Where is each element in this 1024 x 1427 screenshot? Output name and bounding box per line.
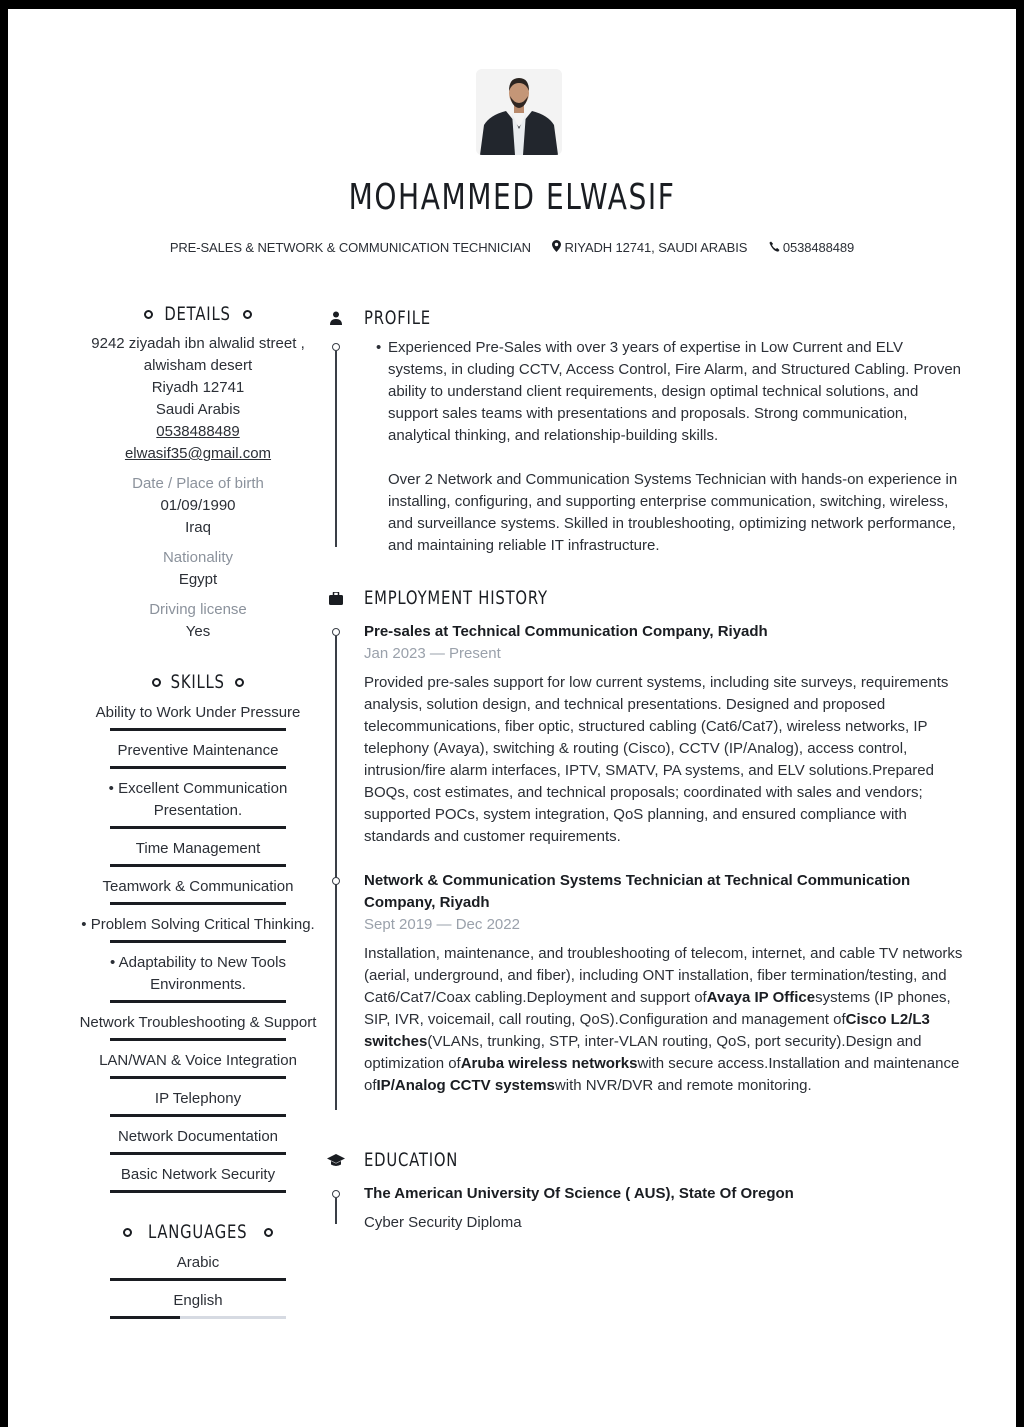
timeline-dot: [332, 1190, 340, 1198]
language-label: Arabic: [78, 1247, 318, 1274]
timeline-line: [335, 636, 337, 1110]
location-pin-icon: [552, 240, 561, 255]
skill-item: Teamwork & Communication: [110, 871, 286, 905]
address-line-3: Riyadh 12741: [78, 377, 318, 399]
timeline-dot: [332, 343, 340, 351]
skill-level-bar: [110, 826, 286, 829]
language-level-bar: [110, 1278, 286, 1281]
skill-level-bar: [110, 1076, 286, 1079]
language-level-bar: [110, 1316, 286, 1319]
nationality-value: Egypt: [78, 569, 318, 591]
skill-label: • Adaptability to New Tools Environments…: [78, 947, 318, 996]
profile-heading: PROFILE: [326, 303, 450, 333]
job-2-title: Network & Communication Systems Technici…: [364, 870, 964, 914]
nationality-label: Nationality: [78, 547, 318, 569]
phone-icon: [769, 240, 780, 255]
ring-icon: [123, 1228, 132, 1237]
skill-level-bar: [110, 1000, 286, 1003]
skills-heading: SKILLS: [78, 667, 318, 697]
skill-label: LAN/WAN & Voice Integration: [78, 1045, 318, 1072]
skill-level-bar: [110, 902, 286, 905]
birth-place: Iraq: [78, 517, 318, 539]
timeline-line: [335, 1198, 337, 1224]
briefcase-icon: [326, 588, 346, 608]
language-item: Arabic: [110, 1247, 286, 1281]
job-title: PRE-SALES & NETWORK & COMMUNICATION TECH…: [170, 240, 531, 255]
education-degree: Cyber Security Diploma: [364, 1212, 964, 1234]
job-1-title: Pre-sales at Technical Communication Com…: [364, 621, 964, 643]
address-line-4: Saudi Arabis: [78, 399, 318, 421]
phone-link[interactable]: 0538488489: [78, 421, 318, 443]
skill-item: • Problem Solving Critical Thinking.: [110, 909, 286, 943]
skill-item: • Adaptability to New Tools Environments…: [110, 947, 286, 1003]
education-school: The American University Of Science ( AUS…: [364, 1183, 964, 1205]
job-2-dates: Sept 2019 — Dec 2022: [364, 914, 520, 936]
header-phone: 0538488489: [783, 240, 854, 255]
profile-paragraph-2: Over 2 Network and Communication Systems…: [388, 469, 966, 557]
skill-item: Network Documentation: [110, 1121, 286, 1155]
skill-label: Ability to Work Under Pressure: [78, 697, 318, 724]
timeline-dot: [332, 628, 340, 636]
skill-level-bar: [110, 728, 286, 731]
skill-level-bar: [110, 766, 286, 769]
job-2-description: Installation, maintenance, and troublesh…: [364, 943, 964, 1097]
license-label: Driving license: [78, 599, 318, 621]
skill-item: Ability to Work Under Pressure: [110, 697, 286, 731]
ring-icon: [264, 1228, 273, 1237]
skill-item: Network Troubleshooting & Support: [110, 1007, 286, 1041]
address-line-2: alwisham desert: [78, 355, 318, 377]
email-link[interactable]: elwasif35@gmail.com: [78, 443, 318, 465]
skill-level-bar: [110, 864, 286, 867]
candidate-name: MOHAMMED ELWASIF: [119, 177, 905, 218]
language-item: English: [110, 1285, 286, 1319]
left-column: DETAILS 9242 ziyadah ibn alwalid street …: [78, 299, 318, 1323]
details-heading: DETAILS: [78, 299, 318, 329]
skill-level-bar: [110, 1038, 286, 1041]
skill-item: LAN/WAN & Voice Integration: [110, 1045, 286, 1079]
ring-icon: [152, 678, 161, 687]
skill-level-bar: [110, 1190, 286, 1193]
resume-page: MOHAMMED ELWASIF PRE-SALES & NETWORK & C…: [8, 9, 1016, 1427]
header-subline: PRE-SALES & NETWORK & COMMUNICATION TECH…: [8, 240, 1016, 255]
person-icon: [326, 308, 346, 328]
skill-label: • Problem Solving Critical Thinking.: [78, 909, 318, 936]
license-value: Yes: [78, 621, 318, 643]
employment-heading: EMPLOYMENT HISTORY: [326, 583, 600, 613]
skill-label: Preventive Maintenance: [78, 735, 318, 762]
skill-label: Basic Network Security: [78, 1159, 318, 1186]
skill-label: Network Documentation: [78, 1121, 318, 1148]
languages-list: ArabicEnglish: [78, 1247, 318, 1319]
birth-label: Date / Place of birth: [78, 473, 318, 495]
skill-item: Preventive Maintenance: [110, 735, 286, 769]
skill-label: Time Management: [78, 833, 318, 860]
timeline-line: [335, 351, 337, 547]
header-location: RIYADH 12741, SAUDI ARABIS: [564, 240, 747, 255]
skills-list: Ability to Work Under PressurePreventive…: [78, 697, 318, 1193]
skill-label: • Excellent Communication Presentation.: [78, 773, 318, 822]
skill-item: • Excellent Communication Presentation.: [110, 773, 286, 829]
skill-level-bar: [110, 1114, 286, 1117]
graduation-cap-icon: [326, 1150, 346, 1170]
job-1-dates: Jan 2023 — Present: [364, 643, 501, 665]
job-1-description: Provided pre-sales support for low curre…: [364, 672, 964, 848]
skill-label: IP Telephony: [78, 1083, 318, 1110]
languages-heading: LANGUAGES: [78, 1217, 318, 1247]
ring-icon: [243, 310, 252, 319]
skill-level-bar: [110, 1152, 286, 1155]
address-line-1: 9242 ziyadah ibn alwalid street ,: [78, 333, 318, 355]
birth-date: 01/09/1990: [78, 495, 318, 517]
ring-icon: [144, 310, 153, 319]
skill-label: Network Troubleshooting & Support: [78, 1007, 318, 1034]
profile-photo: [476, 69, 562, 155]
skill-item: IP Telephony: [110, 1083, 286, 1117]
education-heading: EDUCATION: [326, 1145, 485, 1175]
language-label: English: [78, 1285, 318, 1312]
ring-icon: [235, 678, 244, 687]
timeline-dot: [332, 877, 340, 885]
skill-label: Teamwork & Communication: [78, 871, 318, 898]
profile-paragraph-1: Experienced Pre-Sales with over 3 years …: [388, 337, 966, 447]
skill-item: Basic Network Security: [110, 1159, 286, 1193]
skill-level-bar: [110, 940, 286, 943]
skill-item: Time Management: [110, 833, 286, 867]
